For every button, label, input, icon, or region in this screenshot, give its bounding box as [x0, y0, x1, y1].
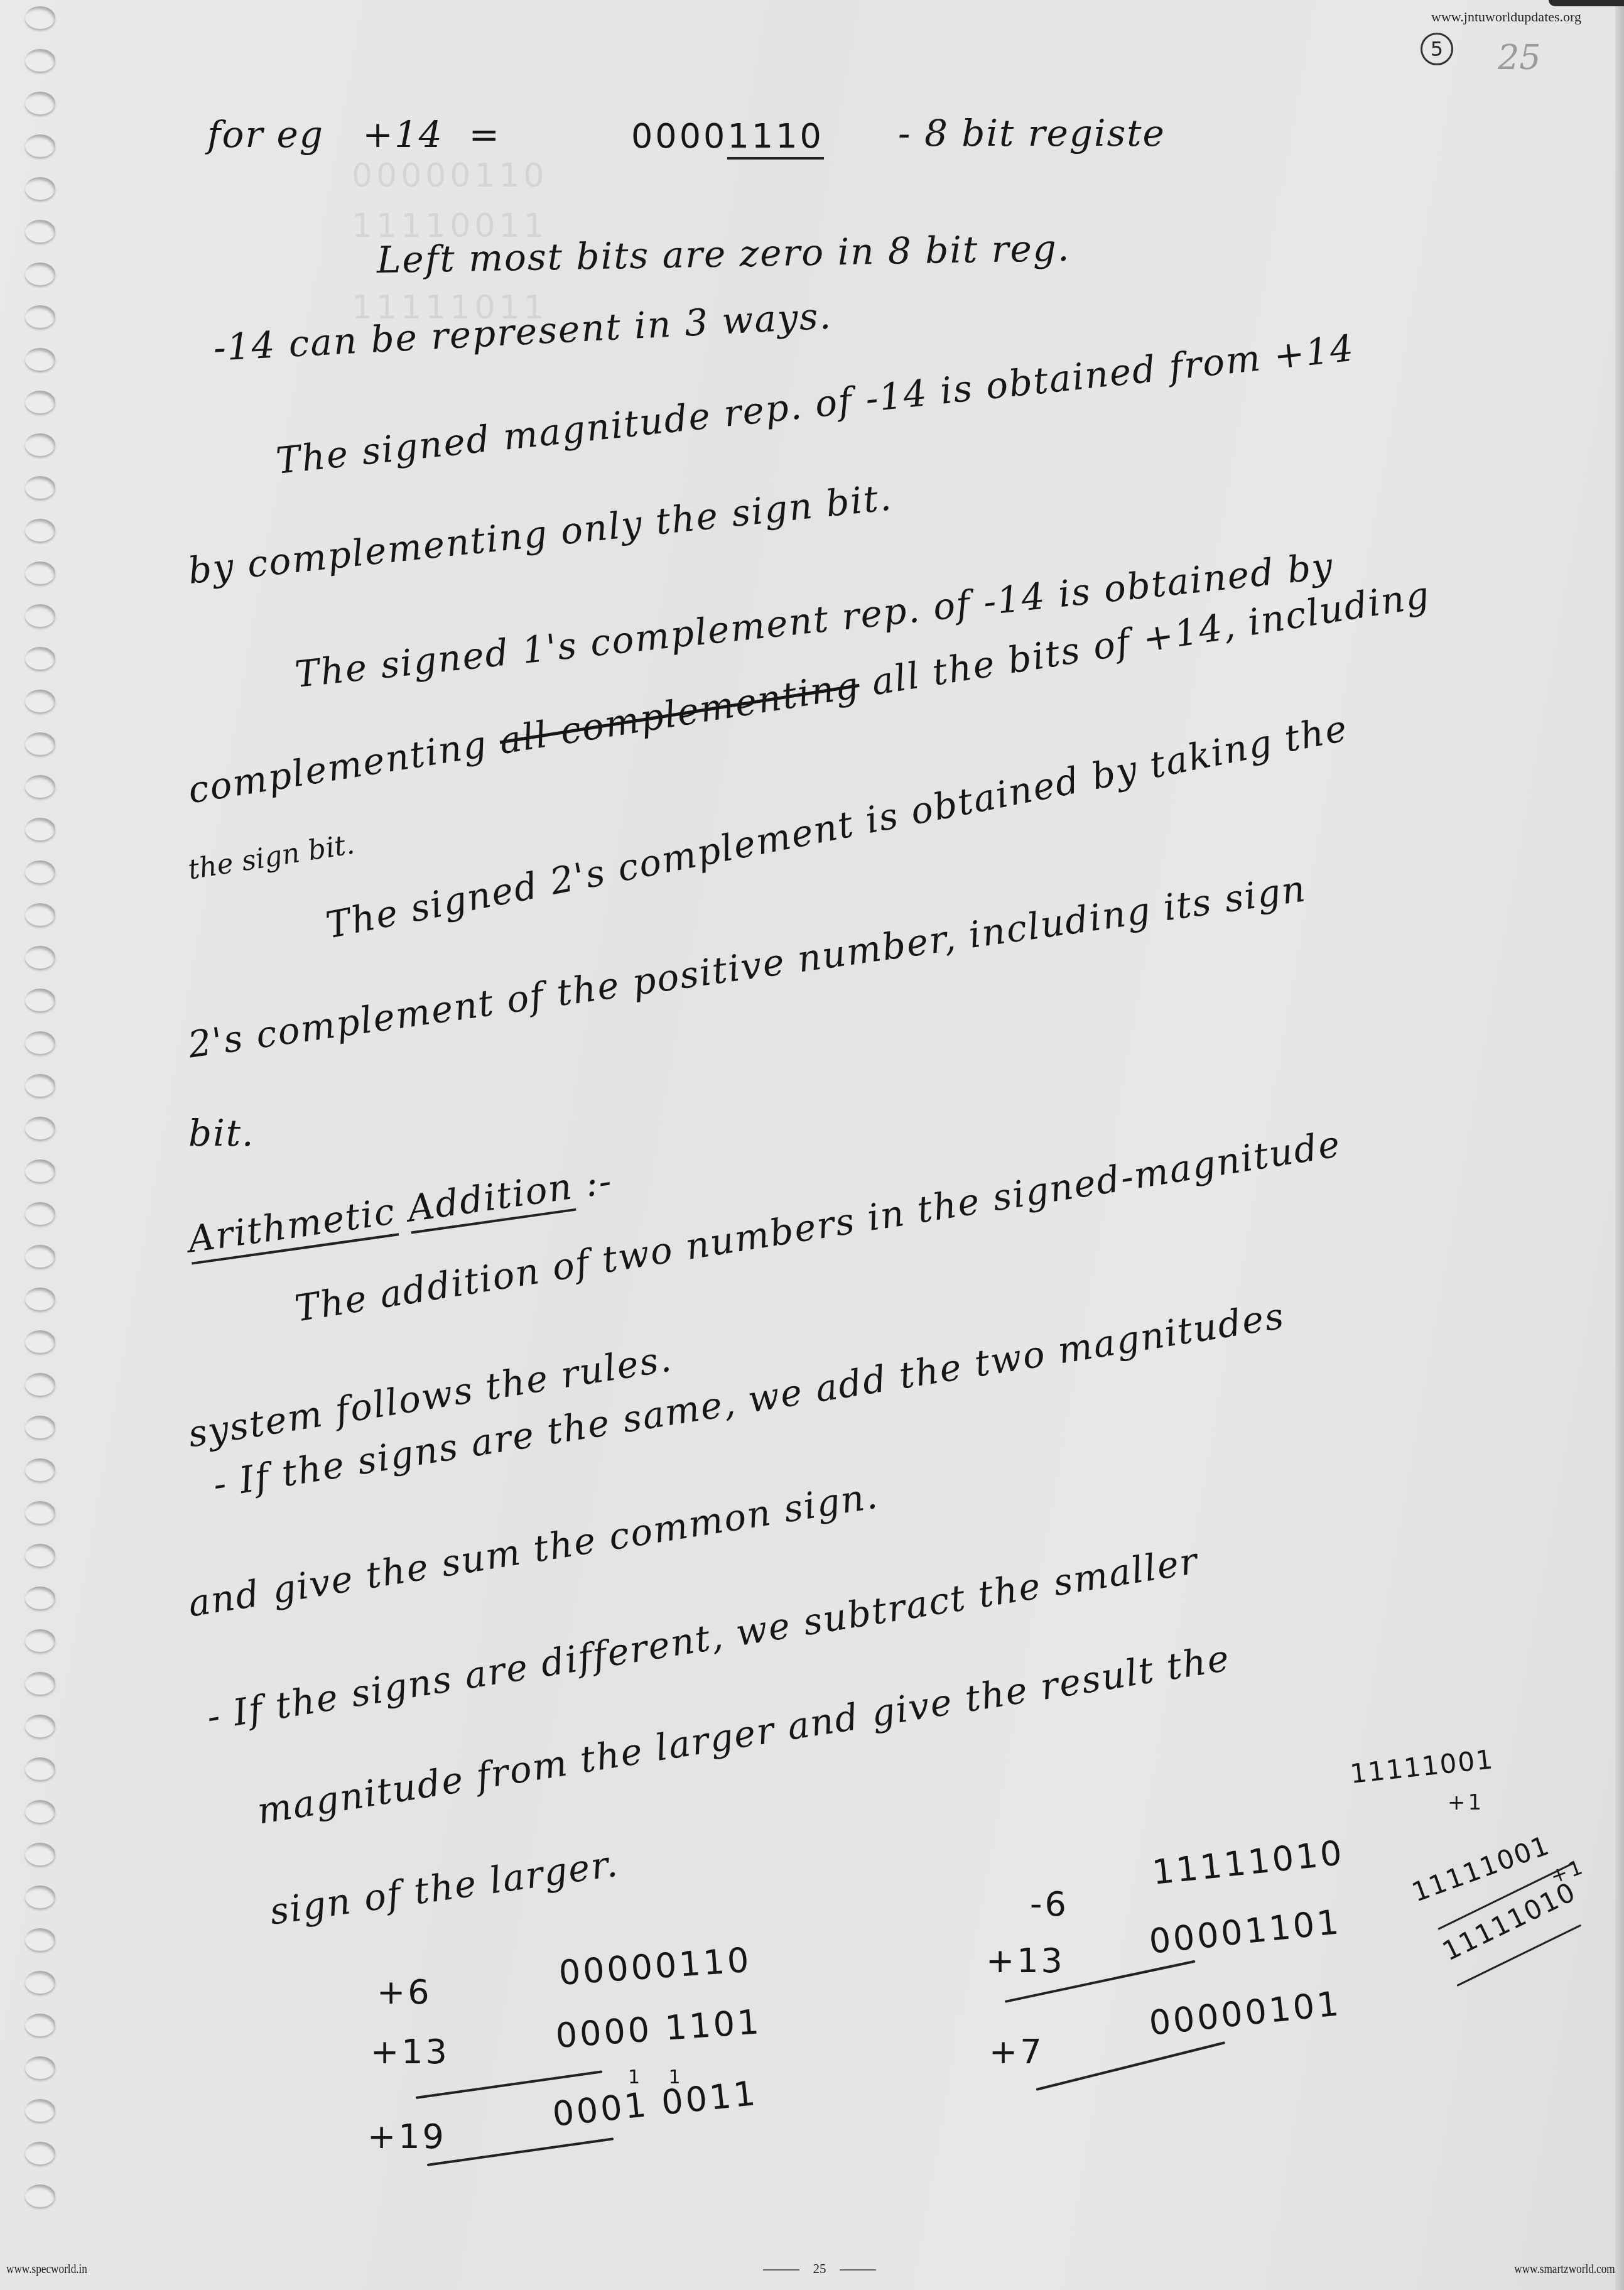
struck-text: all complementing: [496, 663, 862, 762]
diff-total-rule: [1036, 2041, 1226, 2091]
example-prefix: for eg: [207, 113, 324, 156]
spiral-hole: [25, 1458, 55, 1481]
spiral-hole: [25, 391, 55, 413]
spiral-hole: [25, 1245, 55, 1267]
spiral-hole: [25, 1544, 55, 1566]
spiral-hole: [25, 1886, 55, 1908]
spiral-hole: [25, 1074, 55, 1097]
spiral-hole: [25, 1843, 55, 1865]
spiral-hole: [25, 1672, 55, 1695]
signed-magnitude-line2: by complementing only the sign bit.: [186, 475, 894, 592]
spiral-hole: [25, 1587, 55, 1609]
spiral-hole: [25, 2056, 55, 2079]
diff-row-binary: 11111010: [1150, 1833, 1346, 1892]
spiral-hole: [25, 177, 55, 200]
example-binary: 00001110: [631, 116, 824, 156]
spiral-hole: [25, 6, 55, 29]
footer-page-number: 25: [763, 2261, 876, 2277]
spiral-hole: [25, 1288, 55, 1310]
sum-result-label: +19: [367, 2117, 447, 2156]
spiral-hole: [25, 519, 55, 541]
example-equals: =: [469, 113, 501, 156]
ones-complement-line3: the sign bit.: [186, 828, 357, 886]
spiral-hole: [25, 1971, 55, 1994]
spiral-hole: [25, 1501, 55, 1524]
watermark-bottom-left[interactable]: www.specworld.in: [6, 2261, 87, 2277]
spiral-hole: [25, 1202, 55, 1225]
spiral-hole: [25, 305, 55, 328]
twos-complement-line2: 2's complement of the positive number, i…: [185, 867, 1309, 1066]
complementing-word: complementing: [185, 722, 490, 811]
pencil-page-number: 25: [1498, 38, 1541, 77]
spiral-hole: [25, 220, 55, 242]
diff-row-label: +13: [986, 1941, 1065, 1980]
heading-suffix: :-: [582, 1159, 615, 1205]
spiral-hole: [25, 989, 55, 1011]
rule-same-signs-line2: and give the sum the common sign.: [185, 1474, 881, 1625]
side-value: 11111001: [1348, 1744, 1495, 1789]
spiral-hole: [25, 1800, 55, 1823]
twos-complement-line3: bit.: [188, 1112, 254, 1154]
binary-underlined: 1110: [727, 116, 823, 160]
spiral-hole: [25, 1715, 55, 1737]
spiral-hole: [25, 263, 55, 285]
diff-result-label: +7: [989, 2032, 1044, 2071]
diff-row-label: -6: [1030, 1884, 1069, 1924]
spiral-hole: [25, 1373, 55, 1396]
spiral-hole: [25, 1159, 55, 1182]
diff-result-binary: 00000101: [1147, 1983, 1343, 2043]
diff-row-binary: 00001101: [1147, 1902, 1343, 1962]
spiral-hole: [25, 647, 55, 670]
spiral-hole: [25, 2184, 55, 2207]
circled-page-number: 5: [1421, 33, 1453, 65]
spiral-hole: [25, 732, 55, 755]
spiral-hole: [25, 562, 55, 584]
spiral-hole: [25, 2014, 55, 2036]
spiral-hole: [25, 1629, 55, 1652]
spiral-hole: [25, 49, 55, 72]
watermark-top[interactable]: www.jntuworldupdates.org: [1431, 9, 1581, 25]
spiral-hole: [25, 1117, 55, 1139]
spiral-hole: [25, 92, 55, 114]
spiral-hole: [25, 2099, 55, 2122]
spiral-hole: [25, 1031, 55, 1054]
spiral-hole: [25, 818, 55, 840]
spiral-hole: [25, 476, 55, 499]
spiral-hole: [25, 860, 55, 883]
sum-row-binary: 0000 1101: [555, 2002, 763, 2056]
sum-row-label: +13: [371, 2032, 450, 2071]
sum-total-rule: [427, 2137, 614, 2166]
example-value: +14: [362, 113, 443, 156]
page-edge: [1615, 0, 1624, 2290]
section-heading-arithmetic-addition: Arithmetic Addition :-: [185, 1159, 615, 1261]
sum-row-label: +6: [377, 1972, 432, 2012]
spiral-hole: [25, 134, 55, 157]
spiral-hole: [25, 690, 55, 712]
spiral-hole: [25, 433, 55, 456]
watermark-bottom-right[interactable]: www.smartzworld.com: [1514, 2261, 1615, 2277]
sum-row-binary: 00000110: [558, 1940, 753, 1993]
spiral-hole: [25, 2142, 55, 2164]
spiral-hole: [25, 1330, 55, 1353]
side-plus-one: +1: [1448, 1790, 1484, 1815]
spiral-hole: [25, 946, 55, 969]
bleed-through-text: 00000110: [352, 157, 548, 195]
spiral-hole: [25, 1757, 55, 1780]
spiral-hole: [25, 348, 55, 371]
spiral-hole: [25, 1416, 55, 1438]
scan-shadow: [1549, 0, 1624, 6]
binary-plain: 0000: [631, 116, 727, 156]
spiral-hole: [25, 604, 55, 627]
heading-word-addition: Addition: [405, 1164, 577, 1234]
spiral-hole: [25, 903, 55, 926]
register-note: - 8 bit registe: [898, 112, 1166, 155]
notebook-page: 00000110 11110011 11111011 www.jntuworld…: [0, 0, 1624, 2290]
rule-diff-signs-line3: sign of the larger.: [267, 1842, 621, 1933]
spiral-hole: [25, 775, 55, 798]
spiral-hole: [25, 1928, 55, 1951]
example-line: for eg +14 =: [207, 113, 501, 156]
heading-word-arithmetic: Arithmetic: [185, 1190, 399, 1265]
